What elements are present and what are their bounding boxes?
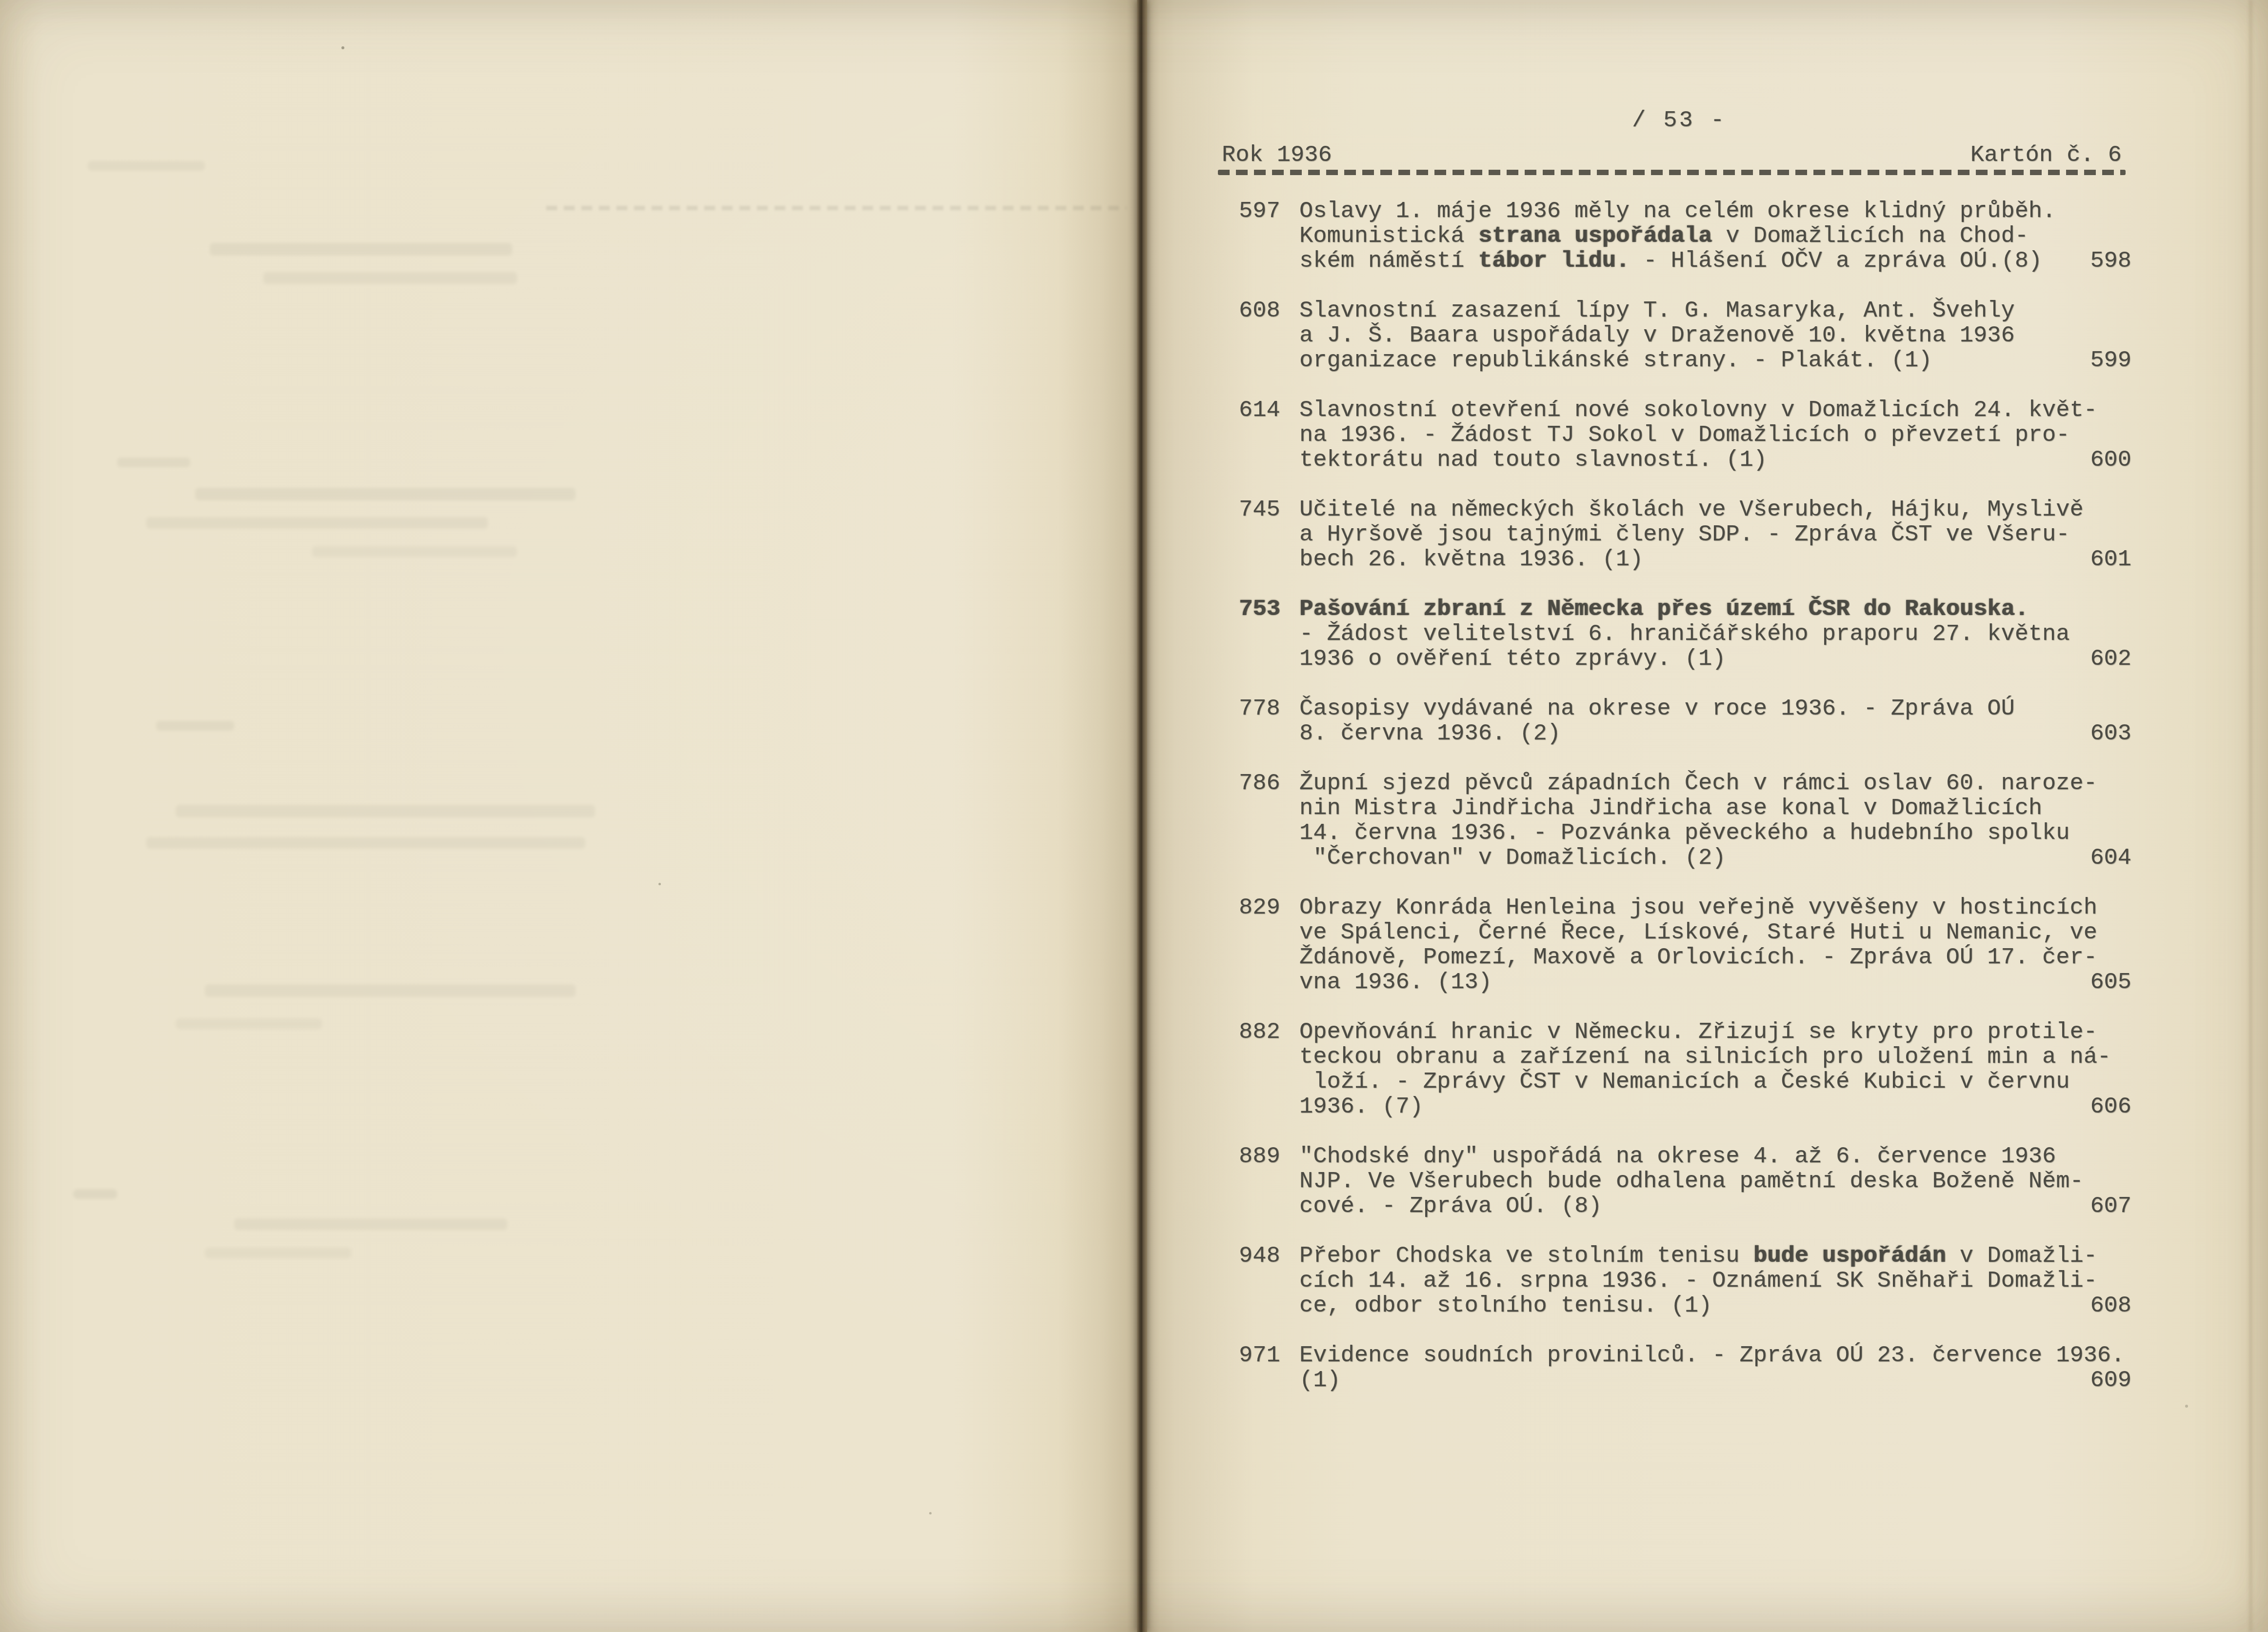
entry-lines: Opevňování hranic v Německu. Zřizují se … bbox=[1299, 1020, 2049, 1119]
entry-ref-number: 600 bbox=[2049, 448, 2131, 473]
header-rule bbox=[1218, 170, 2126, 175]
entry-lines: Učitelé na německých školách ve Všerubec… bbox=[1299, 498, 2049, 572]
entry-number: 608 bbox=[1239, 299, 1299, 323]
entry-line: - Žádost velitelství 6. hraničářského pr… bbox=[1299, 622, 2049, 647]
entry-number: 948 bbox=[1239, 1244, 1299, 1269]
carton-label: Kartón č. 6 bbox=[1970, 143, 2122, 168]
entry-line: Obrazy Konráda Henleina jsou veřejně vyv… bbox=[1299, 896, 2049, 920]
entry-lines: Pašování zbraní z Německa přes území ČSR… bbox=[1299, 597, 2049, 672]
entry-line: 14. června 1936. - Pozvánka pěveckého a … bbox=[1299, 821, 2049, 846]
entry-line: (1) bbox=[1299, 1368, 2049, 1393]
year-label: Rok 1936 bbox=[1222, 143, 1332, 168]
text-segment: v Domažli- bbox=[1946, 1243, 2097, 1269]
entry-line: Župní sjezd pěvců západních Čech v rámci… bbox=[1299, 771, 2049, 796]
entry-number: 597 bbox=[1239, 199, 1299, 224]
entry-row: 971Evidence soudních provinilců. - Zpráv… bbox=[1239, 1343, 2131, 1393]
entry-row: 786Župní sjezd pěvců západních Čech v rá… bbox=[1239, 771, 2131, 871]
entry-number: 971 bbox=[1239, 1343, 1299, 1368]
bleedthrough-smudge bbox=[146, 837, 585, 849]
book-spine bbox=[1137, 0, 1147, 1632]
text-segment: ském náměstí bbox=[1299, 248, 1478, 274]
paper-speck bbox=[929, 1512, 932, 1514]
entry-line: Opevňování hranic v Německu. Zřizují se … bbox=[1299, 1020, 2049, 1045]
entry-line: teckou obranu a zařízení na silnicích pr… bbox=[1299, 1045, 2049, 1070]
entry-number: 778 bbox=[1239, 697, 1299, 721]
bleedthrough-smudge bbox=[205, 1248, 351, 1258]
entry-row: 745Učitelé na německých školách ve Všeru… bbox=[1239, 498, 2131, 572]
entry-line: tektorátu nad touto slavností. (1) bbox=[1299, 448, 2049, 473]
entry-line: Slavnostní zasazení lípy T. G. Masaryka,… bbox=[1299, 299, 2049, 323]
entry-lines: Slavnostní zasazení lípy T. G. Masaryka,… bbox=[1299, 299, 2049, 373]
entry-ref-number: 598 bbox=[2049, 249, 2131, 274]
entry-line: 8. června 1936. (2) bbox=[1299, 721, 2049, 746]
entry-line: a Hyršově jsou tajnými členy SDP. - Zprá… bbox=[1299, 522, 2049, 547]
entry-line: cích 14. až 16. srpna 1936. - Oznámení S… bbox=[1299, 1269, 2049, 1294]
right-page: / 53 - Rok 1936 Kartón č. 6 597Oslavy 1.… bbox=[1149, 0, 2268, 1632]
entry-ref-number: 608 bbox=[2049, 1294, 2131, 1318]
bleedthrough-smudge bbox=[146, 517, 488, 529]
entry-row: 597Oslavy 1. máje 1936 měly na celém okr… bbox=[1239, 199, 2131, 274]
entry-ref-number: 603 bbox=[2049, 721, 2131, 746]
entry-ref-number: 609 bbox=[2049, 1368, 2131, 1393]
overstruck-text: bude uspořádán bbox=[1753, 1243, 1946, 1269]
bleedthrough-smudge bbox=[210, 243, 512, 256]
entry-lines: "Chodské dny" uspořádá na okrese 4. až 6… bbox=[1299, 1144, 2049, 1219]
entry-number: 786 bbox=[1239, 771, 1299, 796]
entry-lines: Oslavy 1. máje 1936 měly na celém okrese… bbox=[1299, 199, 2049, 274]
paper-speck bbox=[658, 883, 661, 885]
entry-ref-number: 601 bbox=[2049, 547, 2131, 572]
entry-line: NJP. Ve Všerubech bude odhalena pamětní … bbox=[1299, 1169, 2049, 1194]
text-segment: v Domažlicích na Chod- bbox=[1712, 223, 2029, 249]
entry-line: nin Mistra Jindřicha Jindřicha ase konal… bbox=[1299, 796, 2049, 821]
bleedthrough-smudge bbox=[117, 458, 190, 467]
entry-line: Časopisy vydávané na okrese v roce 1936.… bbox=[1299, 697, 2049, 721]
entry-number: 889 bbox=[1239, 1144, 1299, 1169]
entry-number: 829 bbox=[1239, 896, 1299, 920]
entry-lines: Časopisy vydávané na okrese v roce 1936.… bbox=[1299, 697, 2049, 746]
entry-line: loží. - Zprávy ČST v Nemanicích a České … bbox=[1299, 1070, 2049, 1095]
entry-row: 948Přebor Chodska ve stolním tenisu bude… bbox=[1239, 1244, 2131, 1318]
entry-line: na 1936. - Žádost TJ Sokol v Domažlicích… bbox=[1299, 423, 2049, 448]
text-segment: - Hlášení OČV a zpráva OÚ.(8) bbox=[1630, 248, 2042, 274]
left-page bbox=[0, 0, 1136, 1632]
entry-ref-number: 605 bbox=[2049, 970, 2131, 995]
paper-speck bbox=[1489, 730, 1491, 732]
bleedthrough-smudge bbox=[312, 546, 517, 557]
entry-line: "Čerchovan" v Domažlicích. (2) bbox=[1299, 846, 2049, 871]
entry-line: Evidence soudních provinilců. - Zpráva O… bbox=[1299, 1343, 2049, 1368]
entry-line: ve Spálenci, Černé Řece, Lískové, Staré … bbox=[1299, 920, 2049, 945]
entry-line: Pašování zbraní z Německa přes území ČSR… bbox=[1299, 597, 2049, 622]
entry-line: Učitelé na německých školách ve Všerubec… bbox=[1299, 498, 2049, 522]
bleedthrough-smudge bbox=[176, 805, 595, 817]
entry-ref-number: 602 bbox=[2049, 647, 2131, 672]
entry-number: 745 bbox=[1239, 498, 1299, 522]
page-header: Rok 1936 Kartón č. 6 bbox=[1222, 143, 2122, 168]
text-segment: Přebor Chodska ve stolním tenisu bbox=[1299, 1243, 1753, 1269]
entry-line: a J. Š. Baara uspořádaly v Draženově 10.… bbox=[1299, 323, 2049, 348]
entry-line: vna 1936. (13) bbox=[1299, 970, 2049, 995]
entries: 597Oslavy 1. máje 1936 měly na celém okr… bbox=[1239, 199, 2131, 1418]
entry-ref-number: 607 bbox=[2049, 1194, 2131, 1219]
entry-number: 753 bbox=[1239, 597, 1299, 622]
entry-row: 882Opevňování hranic v Německu. Zřizují … bbox=[1239, 1020, 2131, 1119]
entry-ref-number: 599 bbox=[2049, 348, 2131, 373]
entry-line: 1936 o ověření této zprávy. (1) bbox=[1299, 647, 2049, 672]
entry-row: 614Slavnostní otevření nové sokolovny v … bbox=[1239, 398, 2131, 473]
entry-line: "Chodské dny" uspořádá na okrese 4. až 6… bbox=[1299, 1144, 2049, 1169]
entry-lines: Přebor Chodska ve stolním tenisu bude us… bbox=[1299, 1244, 2049, 1318]
bleedthrough-smudge bbox=[205, 984, 576, 997]
entry-line: Ždánově, Pomezí, Maxově a Orlovicích. - … bbox=[1299, 945, 2049, 970]
entry-line: ce, odbor stolního tenisu. (1) bbox=[1299, 1294, 2049, 1318]
entry-row: 778Časopisy vydávané na okrese v roce 19… bbox=[1239, 697, 2131, 746]
bleedthrough-smudge bbox=[88, 161, 205, 171]
entry-number: 614 bbox=[1239, 398, 1299, 423]
archive-inventory-scan: / 53 - Rok 1936 Kartón č. 6 597Oslavy 1.… bbox=[0, 0, 2268, 1632]
entry-lines: Obrazy Konráda Henleina jsou veřejně vyv… bbox=[1299, 896, 2049, 995]
paper-speck bbox=[341, 46, 344, 49]
overstruck-text: Pašování zbraní z Německa přes území ČSR… bbox=[1299, 597, 2029, 622]
page-number: / 53 - bbox=[1149, 108, 2268, 133]
entry-line: Oslavy 1. máje 1936 měly na celém okrese… bbox=[1299, 199, 2049, 224]
entry-number: 882 bbox=[1239, 1020, 1299, 1045]
entry-ref-number: 604 bbox=[2049, 846, 2131, 871]
entry-line: 1936. (7) bbox=[1299, 1095, 2049, 1119]
entry-ref-number: 606 bbox=[2049, 1095, 2131, 1119]
entry-line: Přebor Chodska ve stolním tenisu bude us… bbox=[1299, 1244, 2049, 1269]
entry-line: bech 26. května 1936. (1) bbox=[1299, 547, 2049, 572]
entry-line: Slavnostní otevření nové sokolovny v Dom… bbox=[1299, 398, 2049, 423]
bleedthrough-smudge bbox=[73, 1189, 117, 1199]
bleedthrough-smudge bbox=[176, 1018, 322, 1029]
entry-line: cové. - Zpráva OÚ. (8) bbox=[1299, 1194, 2049, 1219]
overstruck-text: strana uspořádala bbox=[1478, 223, 1712, 249]
bleedthrough-rule bbox=[546, 206, 1127, 210]
text-segment: Komunistická bbox=[1299, 223, 1478, 249]
entry-line: Komunistická strana uspořádala v Domažli… bbox=[1299, 224, 2049, 249]
bleedthrough-smudge bbox=[234, 1218, 507, 1230]
bleedthrough-smudge bbox=[195, 488, 576, 500]
bleedthrough-smudge bbox=[263, 272, 517, 284]
entry-row: 889"Chodské dny" uspořádá na okrese 4. a… bbox=[1239, 1144, 2131, 1219]
entry-line: organizace republikánské strany. - Plaká… bbox=[1299, 348, 2049, 373]
entry-lines: Evidence soudních provinilců. - Zpráva O… bbox=[1299, 1343, 2049, 1393]
paper-speck bbox=[2185, 1405, 2188, 1408]
entry-row: 829Obrazy Konráda Henleina jsou veřejně … bbox=[1239, 896, 2131, 995]
entry-lines: Slavnostní otevření nové sokolovny v Dom… bbox=[1299, 398, 2049, 473]
entry-row: 608Slavnostní zasazení lípy T. G. Masary… bbox=[1239, 299, 2131, 373]
bleedthrough-smudge bbox=[156, 721, 234, 731]
overstruck-text: tábor lidu. bbox=[1478, 248, 1630, 274]
entry-row: 753Pašování zbraní z Německa přes území … bbox=[1239, 597, 2131, 672]
entry-line: ském náměstí tábor lidu. - Hlášení OČV a… bbox=[1299, 249, 2049, 274]
entry-lines: Župní sjezd pěvců západních Čech v rámci… bbox=[1299, 771, 2049, 871]
